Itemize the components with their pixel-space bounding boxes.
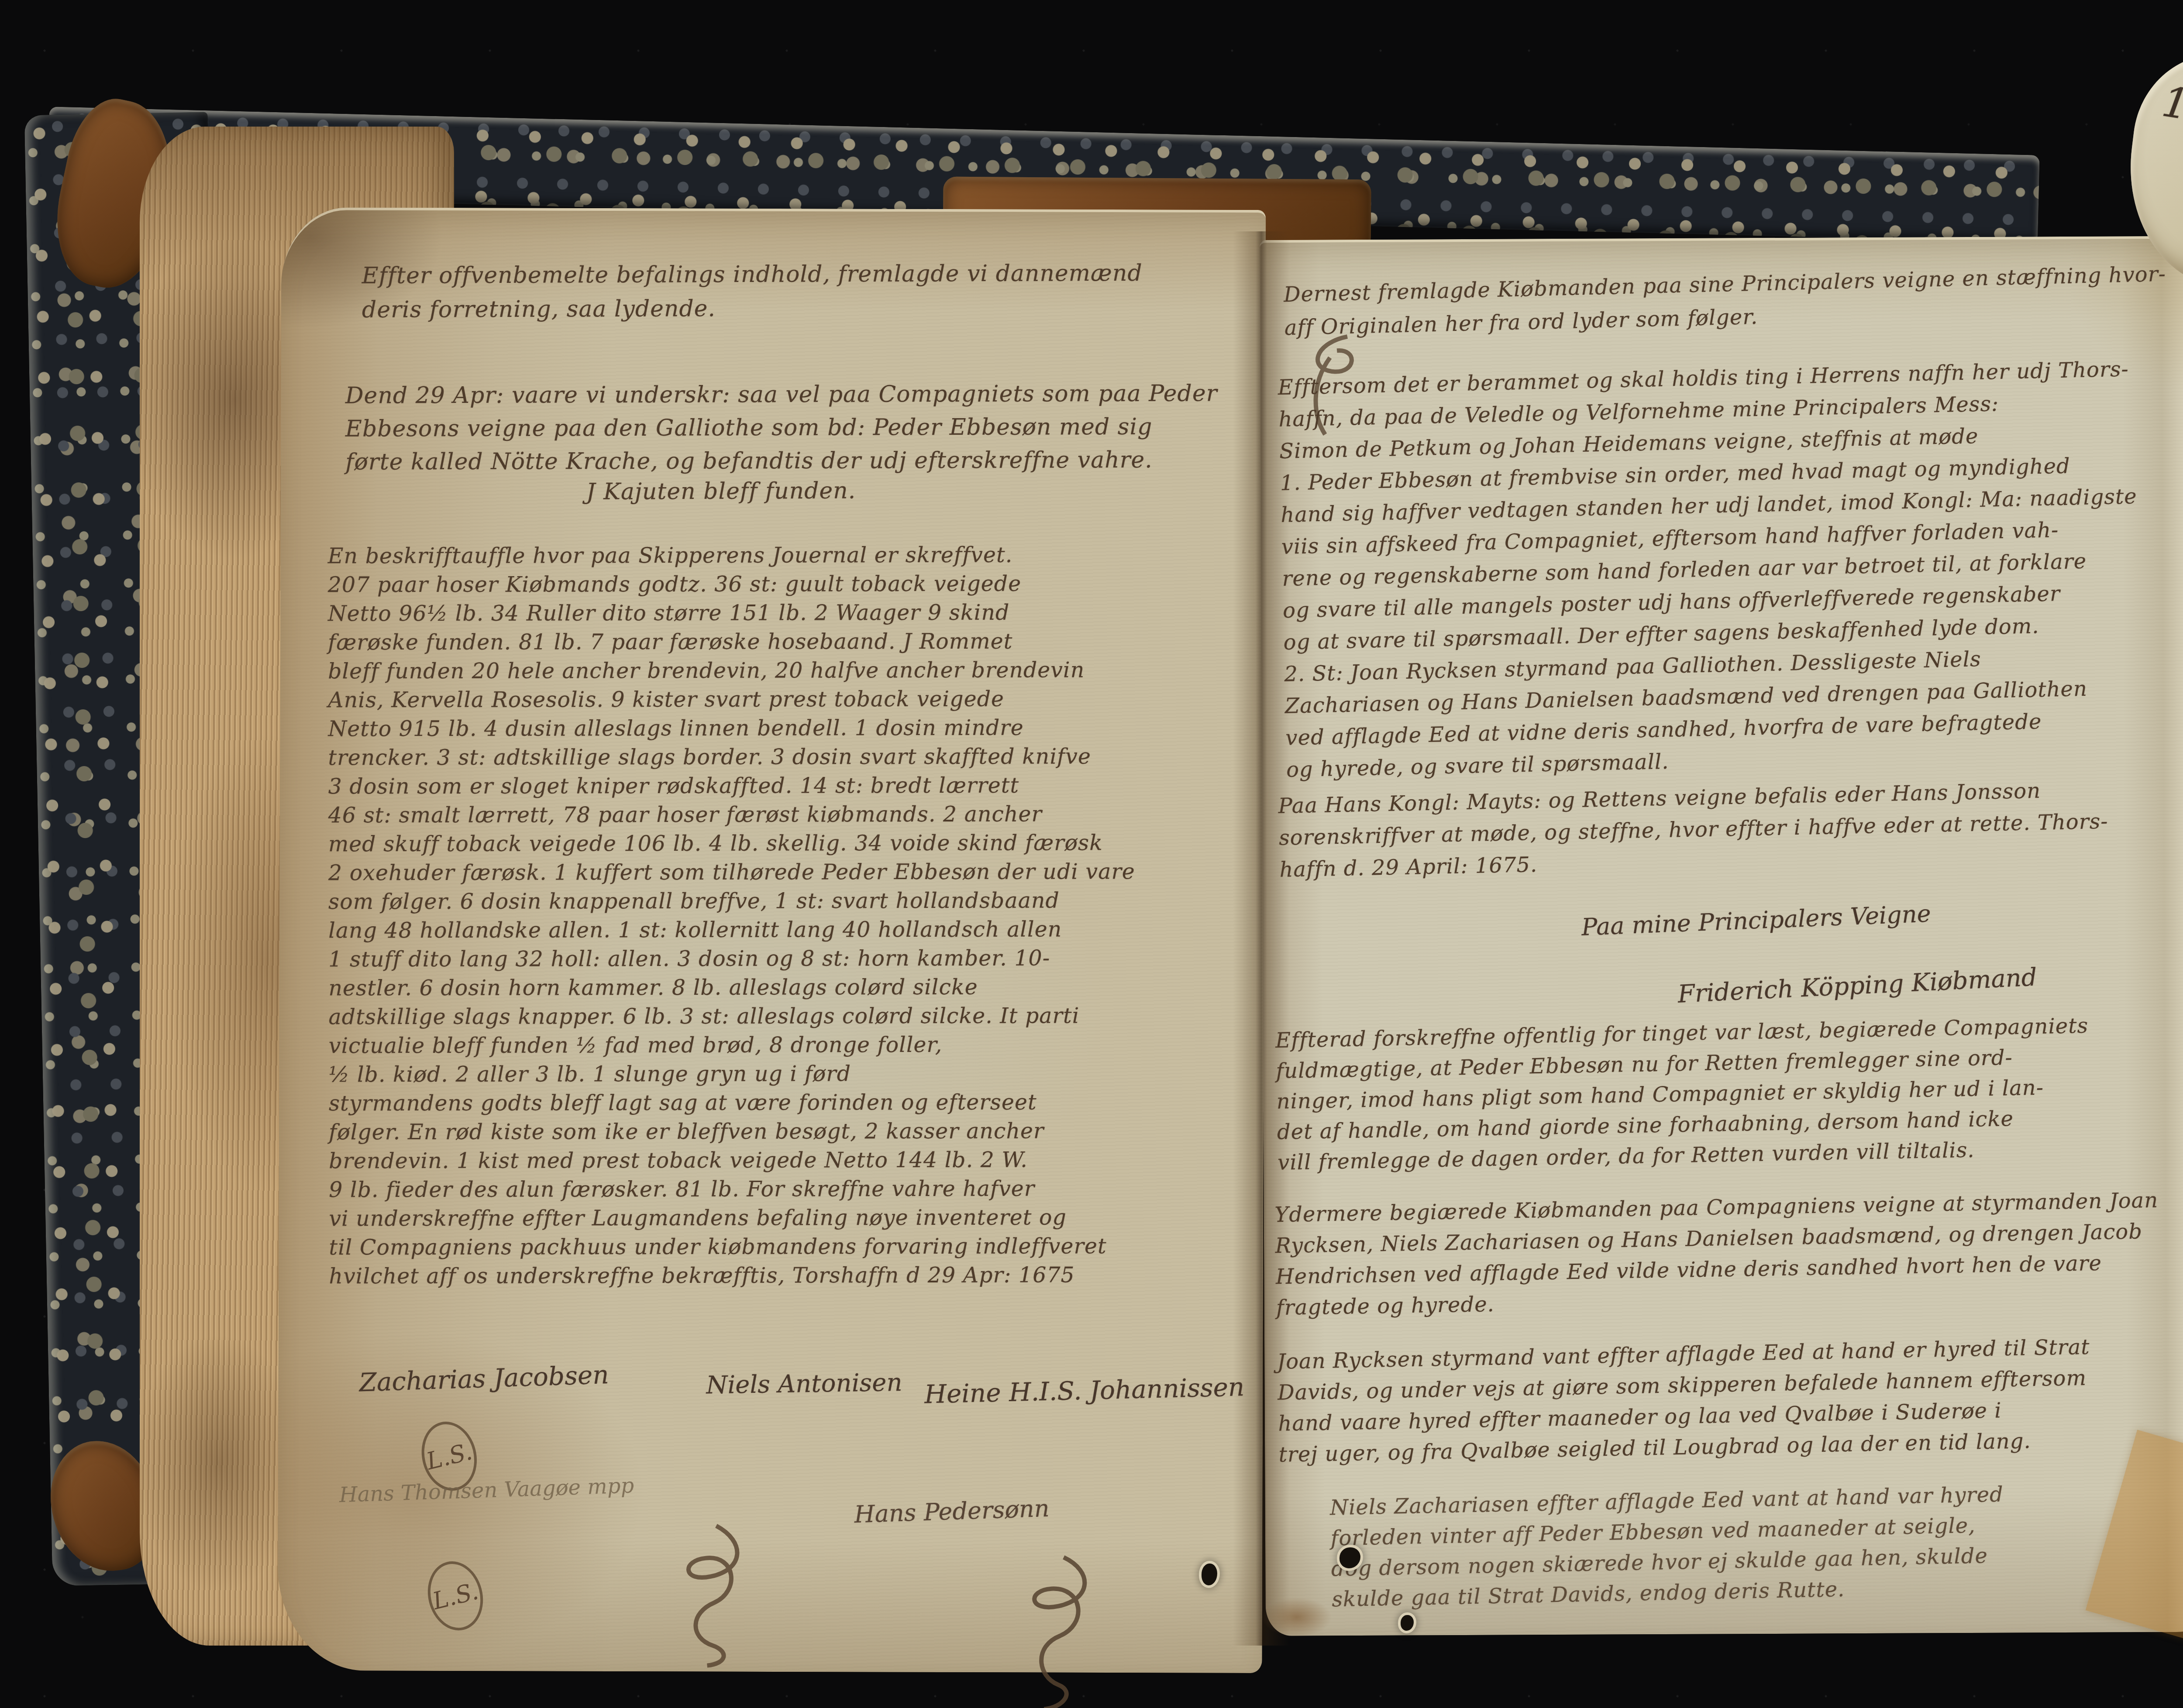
paragraph-submission: Dernest fremlagde Kiøbmanden paa sine Pr… bbox=[1283, 258, 2167, 345]
manuscript-line: færøske funden. 81 lb. 7 paar færøske ho… bbox=[328, 627, 1135, 657]
manuscript-line: 46 st: smalt lærrett, 78 paar hoser færø… bbox=[328, 800, 1135, 830]
manuscript-line: Netto 915 lb. 4 dusin alleslags linnen b… bbox=[328, 713, 1135, 743]
manuscript-line: styrmandens godts bleff lagt sag at være… bbox=[329, 1088, 1136, 1118]
signature-zacharias-jacobsen: Zacharias Jacobsen bbox=[358, 1360, 609, 1397]
gutter-stain bbox=[1262, 1598, 1332, 1637]
attestation-on-behalf: Paa mine Principalers Veigne bbox=[1581, 900, 1932, 941]
manuscript-line: til Compagniens packhuus under kiøbmande… bbox=[329, 1232, 1136, 1262]
manuscript-line: med skuff toback veigede 106 lb. 4 lb. s… bbox=[328, 828, 1135, 859]
signature-friderich-kopping: Friderich Köpping Kiøbmand bbox=[1677, 963, 2038, 1008]
signature-hans-pedersen: Hans Pedersønn bbox=[854, 1495, 1050, 1528]
manuscript-line: deris forretning, saa lydende. bbox=[362, 290, 1143, 327]
manuscript-line: lang 48 hollandske allen. 1 st: kollerni… bbox=[328, 915, 1135, 945]
seal-ls-2: L.S. bbox=[421, 1556, 490, 1636]
manuscript-line: 3 dosin som er sloget kniper rødskaffted… bbox=[328, 771, 1135, 801]
manuscript-line: Anis, Kervella Rosesolis. 9 kister svart… bbox=[328, 684, 1135, 715]
manuscript-line: følger. En rød kiste som ike er bleffven… bbox=[329, 1117, 1136, 1147]
manuscript-line: 207 paar hoser Kiøbmands godtz. 36 st: g… bbox=[328, 569, 1135, 599]
manuscript-line: som følger. 6 dosin knappenall breffve, … bbox=[328, 886, 1135, 916]
manuscript-line: vi underskreffne effter Laugmandens befa… bbox=[329, 1203, 1136, 1233]
manuscript-line: Dend 29 Apr: vaare vi underskr: saa vel … bbox=[345, 377, 1218, 412]
seal-ls-label: L.S. bbox=[430, 1577, 481, 1615]
paragraph-opening: Effter offvenbemelte befalings indhold, … bbox=[362, 256, 1143, 327]
manuscript-line: bleff funden 20 hele ancher brendevin, 2… bbox=[328, 656, 1135, 686]
manuscript-line: ½ lb. kiød. 2 aller 3 lb. 1 slunge gryn … bbox=[329, 1059, 1136, 1089]
paragraph-testimony-joan: Joan Rycksen styrmand vant effter afflag… bbox=[1277, 1332, 2092, 1471]
signature-heine-johannissen: Heine H.I.S. Johannissen bbox=[924, 1372, 1245, 1409]
manuscript-line: 1 stuff dito lang 32 holl: allen. 3 dosi… bbox=[328, 944, 1135, 974]
paragraph-inspection: Dend 29 Apr: vaare vi underskr: saa vel … bbox=[345, 377, 1218, 478]
manuscript-line: nestler. 6 dosin horn kammer. 8 lb. alle… bbox=[328, 973, 1135, 1003]
seal-ls-label: L.S. bbox=[424, 1437, 475, 1475]
manuscript-line: 2 oxehuder færøsk. 1 kuffert som tilhøre… bbox=[328, 857, 1135, 887]
manuscript-line: Effter offvenbemelte befalings indhold, … bbox=[362, 256, 1143, 293]
paragraph-testimony-niels: Niels Zachariasen effter afflagde Eed va… bbox=[1329, 1479, 2005, 1615]
signature-flourish-monogram-2 bbox=[1002, 1553, 1107, 1708]
manuscript-line: brendevin. 1 kist med prest toback veige… bbox=[329, 1145, 1136, 1175]
paragraph-royal-command: Paa Hans Kongl: Mayts: og Rettens veigne… bbox=[1278, 774, 2109, 886]
paragraph-summons: Efftersom det er berammet og skal holdis… bbox=[1277, 353, 2143, 786]
manuscript-line: hvilchet aff os underskreffne bekræfftis… bbox=[329, 1261, 1136, 1291]
line-found-in-cabin: J Kajuten bleff funden. bbox=[586, 478, 856, 505]
manuscript-line: adtskillige slags knapper. 6 lb. 3 st: a… bbox=[328, 1001, 1135, 1031]
manuscript-line: Ebbesons veigne paa den Galliothe som bd… bbox=[345, 410, 1218, 445]
manuscript-line: førte kalled Nötte Krache, og befandtis … bbox=[345, 443, 1218, 478]
manuscript-photo: Effter offvenbemelte befalings indhold, … bbox=[0, 0, 2183, 1708]
manuscript-page-left: Effter offvenbemelte befalings indhold, … bbox=[278, 207, 1266, 1673]
manuscript-line: victualie bleff funden ½ fad med brød, 8… bbox=[329, 1030, 1136, 1060]
paragraph-inventory: En beskrifftauffle hvor paa Skipperens J… bbox=[328, 540, 1136, 1291]
signature-niels-antonisen: Niels Antonisen bbox=[706, 1368, 902, 1400]
manuscript-page-right: Dernest fremlagde Kiøbmanden paa sine Pr… bbox=[1260, 236, 2183, 1636]
manuscript-line: trencker. 3 st: adtskillige slags border… bbox=[328, 742, 1135, 772]
paragraph-witness-request: Ydermere begiærede Kiøbmanden paa Compag… bbox=[1274, 1185, 2160, 1324]
signature-flourish-monogram-1 bbox=[662, 1522, 758, 1667]
manuscript-line: En beskrifftauffle hvor paa Skipperens J… bbox=[328, 540, 1135, 570]
manuscript-line: 9 lb. fieder des alun færøsker. 81 lb. F… bbox=[329, 1174, 1136, 1204]
paragraph-public-reading: Effterad forskreffne offentlig for tinge… bbox=[1275, 1010, 2091, 1178]
manuscript-line: Netto 96½ lb. 34 Ruller dito større 151 … bbox=[328, 598, 1135, 628]
signature-hans-thomsen-faint: Hans Thomsen Vaagøe mpp bbox=[339, 1473, 634, 1507]
